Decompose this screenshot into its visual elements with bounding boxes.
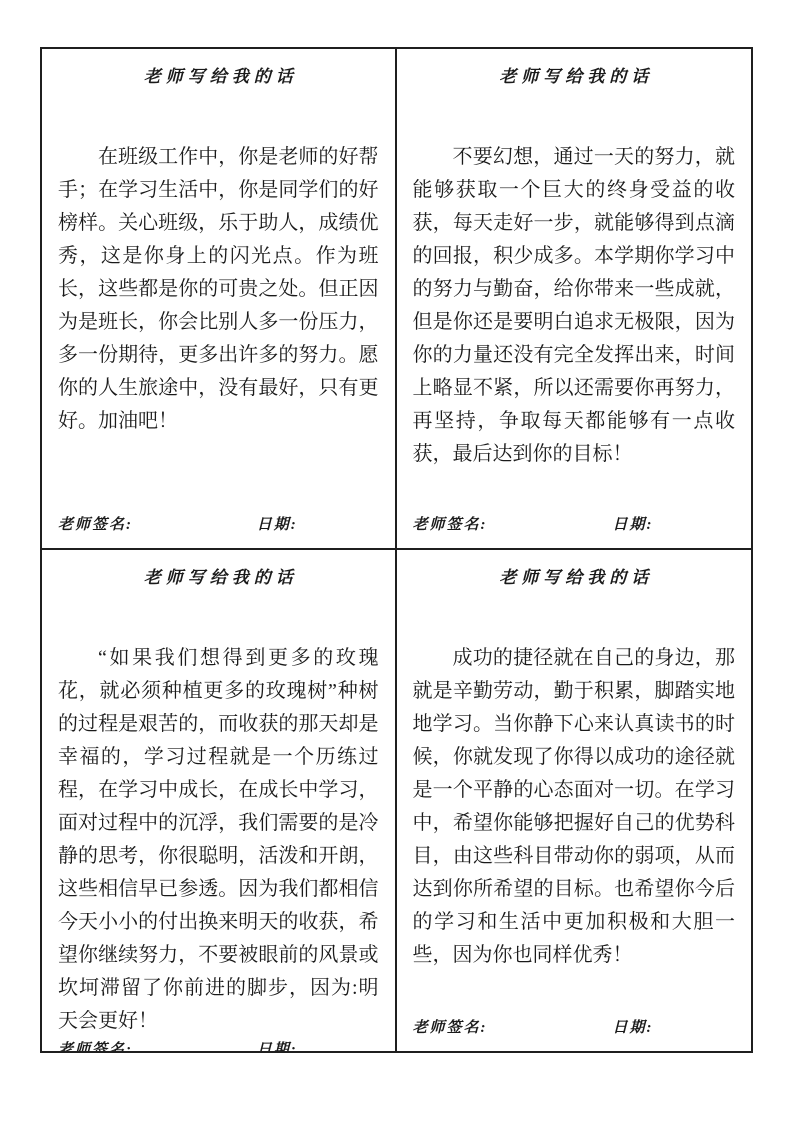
card-footer: 老师签名: 日期: bbox=[413, 1016, 736, 1040]
teacher-signature-label: 老师签名: bbox=[58, 1038, 257, 1051]
date-label: 日期: bbox=[257, 1038, 379, 1051]
card-title: 老师写给我的话 bbox=[58, 62, 379, 87]
document-page: 老师写给我的话 在班级工作中，你是老师的好帮手；在学习生活中，你是同学们的好榜样… bbox=[0, 0, 793, 1122]
date-label: 日期: bbox=[612, 1016, 735, 1037]
teacher-note-card-4: 老师写给我的话 成功的捷径就在自己的身边，那就是辛勤劳动，勤于积累，脚踏实地地学… bbox=[397, 550, 752, 1051]
teacher-signature-label: 老师签名: bbox=[413, 1016, 613, 1037]
teacher-note-card-2: 老师写给我的话 不要幻想，通过一天的努力，就能够获取一个巨大的终身受益的收获，每… bbox=[397, 49, 752, 550]
date-label: 日期: bbox=[612, 513, 735, 534]
teacher-comment-text: 成功的捷径就在自己的身边，那就是辛勤劳动，勤于积累，脚踏实地地学习。当你静下心来… bbox=[413, 642, 736, 972]
teacher-comment-text: 在班级工作中，你是老师的好帮手；在学习生活中，你是同学们的好榜样。关心班级，乐于… bbox=[58, 141, 379, 438]
teacher-comment-text: 不要幻想，通过一天的努力，就能够获取一个巨大的终身受益的收获，每天走好一步，就能… bbox=[413, 141, 736, 471]
card-footer: 老师签名: 日期: bbox=[58, 1038, 379, 1051]
card-footer: 老师签名: 日期: bbox=[58, 513, 379, 537]
teacher-note-card-3: 老师写给我的话 “如果我们想得到更多的玫瑰花，就必须种植更多的玫瑰树”种树的过程… bbox=[42, 550, 397, 1051]
teacher-notes-table: 老师写给我的话 在班级工作中，你是老师的好帮手；在学习生活中，你是同学们的好榜样… bbox=[40, 47, 753, 1053]
teacher-note-card-1: 老师写给我的话 在班级工作中，你是老师的好帮手；在学习生活中，你是同学们的好榜样… bbox=[42, 49, 397, 550]
card-footer: 老师签名: 日期: bbox=[413, 513, 736, 537]
card-title: 老师写给我的话 bbox=[413, 62, 736, 87]
card-title: 老师写给我的话 bbox=[58, 563, 379, 588]
date-label: 日期: bbox=[257, 513, 379, 534]
teacher-comment-text: “如果我们想得到更多的玫瑰花，就必须种植更多的玫瑰树”种树的过程是艰苦的，而收获… bbox=[58, 642, 379, 1038]
teacher-signature-label: 老师签名: bbox=[58, 513, 257, 534]
card-title: 老师写给我的话 bbox=[413, 563, 736, 588]
teacher-signature-label: 老师签名: bbox=[413, 513, 613, 534]
